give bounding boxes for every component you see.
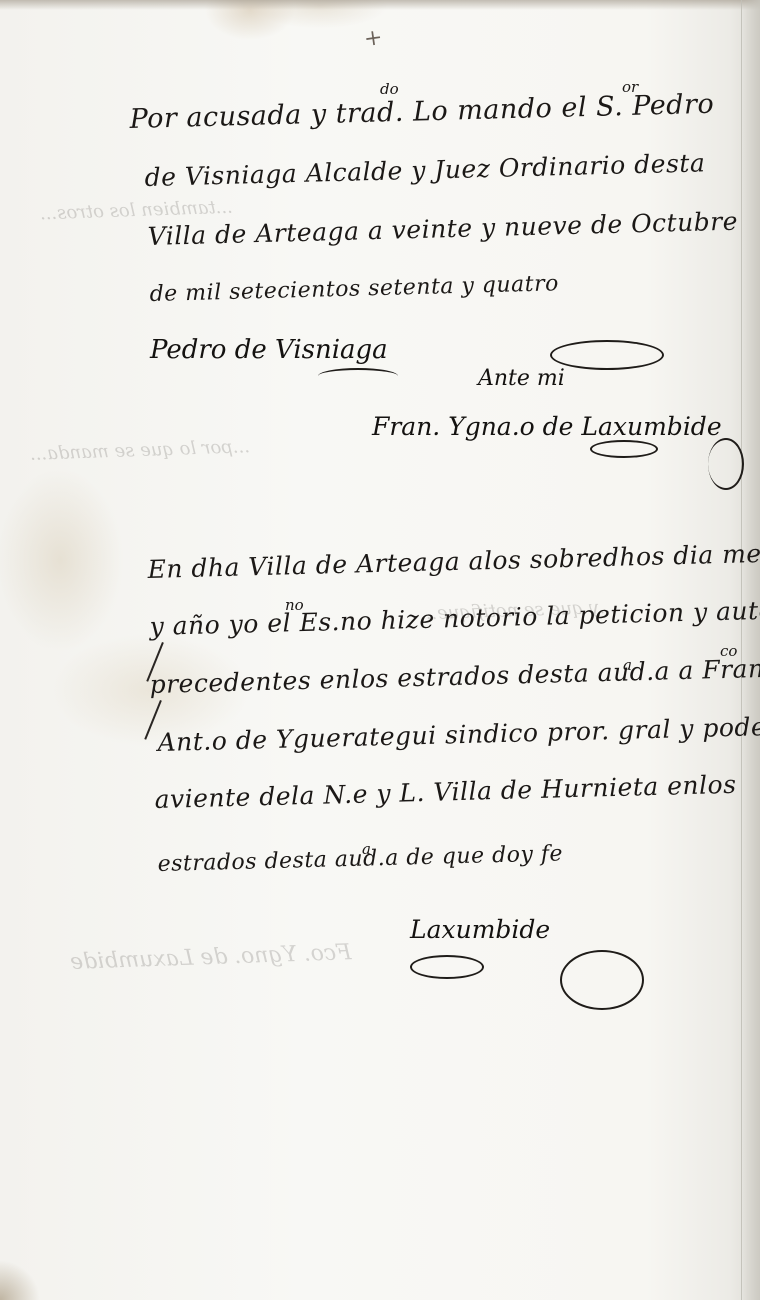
text-line: aviente dela N.e y L. Villa de Hurnieta … xyxy=(154,770,737,814)
signature-flourish xyxy=(590,440,658,458)
signature-notary: Laxumbide xyxy=(410,915,550,944)
signature-notary: Fran. Ygna.o de Laxumbide xyxy=(372,412,722,441)
signature-flourish xyxy=(318,368,398,384)
signature-alcalde: Pedro de Visniaga xyxy=(150,335,388,365)
manuscript-page: + ...tambien los otros... ...por lo que … xyxy=(0,0,760,1300)
rubric-flourish xyxy=(708,438,744,490)
bleed-through-text: ...por lo que se manda... xyxy=(30,436,251,465)
text-line: Villa de Arteaga a veinte y nueve de Oct… xyxy=(147,207,738,251)
text-line: precedentes enlos estrados desta aud.a a… xyxy=(149,654,760,699)
rubric-flourish xyxy=(560,950,644,1010)
notary-attestation: Ante mi xyxy=(478,366,565,391)
superscript: do xyxy=(380,80,399,98)
text-line: de mil setecientos setenta y quatro xyxy=(149,271,559,307)
torn-corner xyxy=(0,1260,40,1300)
binding-edge xyxy=(741,0,760,1300)
superscript: co xyxy=(720,642,737,660)
superscript: a xyxy=(623,656,632,674)
superscript: or xyxy=(622,78,638,96)
top-edge-shadow xyxy=(0,0,760,10)
text-line: de Visniaga Alcalde y Juez Ordinario des… xyxy=(144,148,705,192)
signature-flourish xyxy=(410,955,484,979)
superscript: a xyxy=(362,840,371,858)
cross-mark: + xyxy=(362,25,384,52)
text-line: estrados desta aud.a de que doy fe xyxy=(157,841,563,877)
text-line: En dha Villa de Arteaga alos sobredhos d… xyxy=(147,539,760,584)
text-line: Ant.o de Yguerategui sindico pror. gral … xyxy=(157,712,760,757)
bleed-through-text: Fco. Ygno. de Laxumbide xyxy=(70,940,352,975)
superscript: no xyxy=(285,596,304,614)
signature-flourish xyxy=(550,340,664,370)
